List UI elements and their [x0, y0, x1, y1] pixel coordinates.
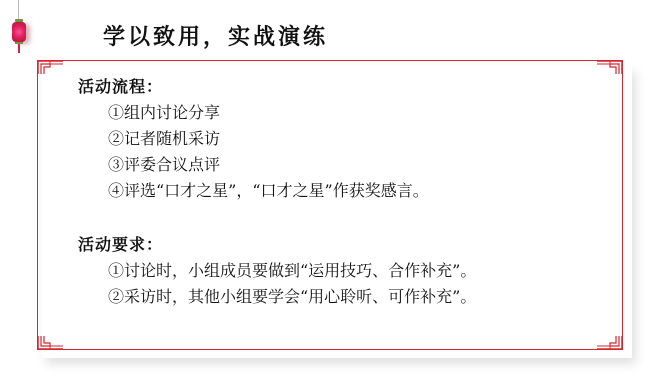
process-item: ①组内讨论分享: [78, 100, 476, 126]
lantern-string: [18, 0, 19, 20]
lantern-tassel: [18, 44, 20, 53]
process-heading: 活动流程：: [78, 74, 476, 100]
requirements-heading: 活动要求：: [78, 232, 476, 258]
process-item: ④评选“口才之星”，“口才之星”作获奖感言。: [78, 178, 476, 204]
content-body: 活动流程： ①组内讨论分享 ②记者随机采访 ③评委合议点评 ④评选“口才之星”，…: [78, 74, 476, 310]
process-item: ③评委合议点评: [78, 152, 476, 178]
fret-corner-icon: [37, 60, 63, 74]
fret-corner-icon: [597, 336, 623, 350]
process-item: ②记者随机采访: [78, 126, 476, 152]
page-title: 学以致用，实战演练: [103, 20, 328, 51]
lantern-body: [12, 22, 26, 42]
requirement-item: ②采访时，其他小组要学会“用心聆听、可作补充”。: [78, 284, 476, 310]
fret-corner-icon: [597, 60, 623, 74]
section-gap: [78, 204, 476, 232]
requirement-item: ①讨论时，小组成员要做到“运用技巧、合作补充”。: [78, 258, 476, 284]
fret-corner-icon: [37, 336, 63, 350]
